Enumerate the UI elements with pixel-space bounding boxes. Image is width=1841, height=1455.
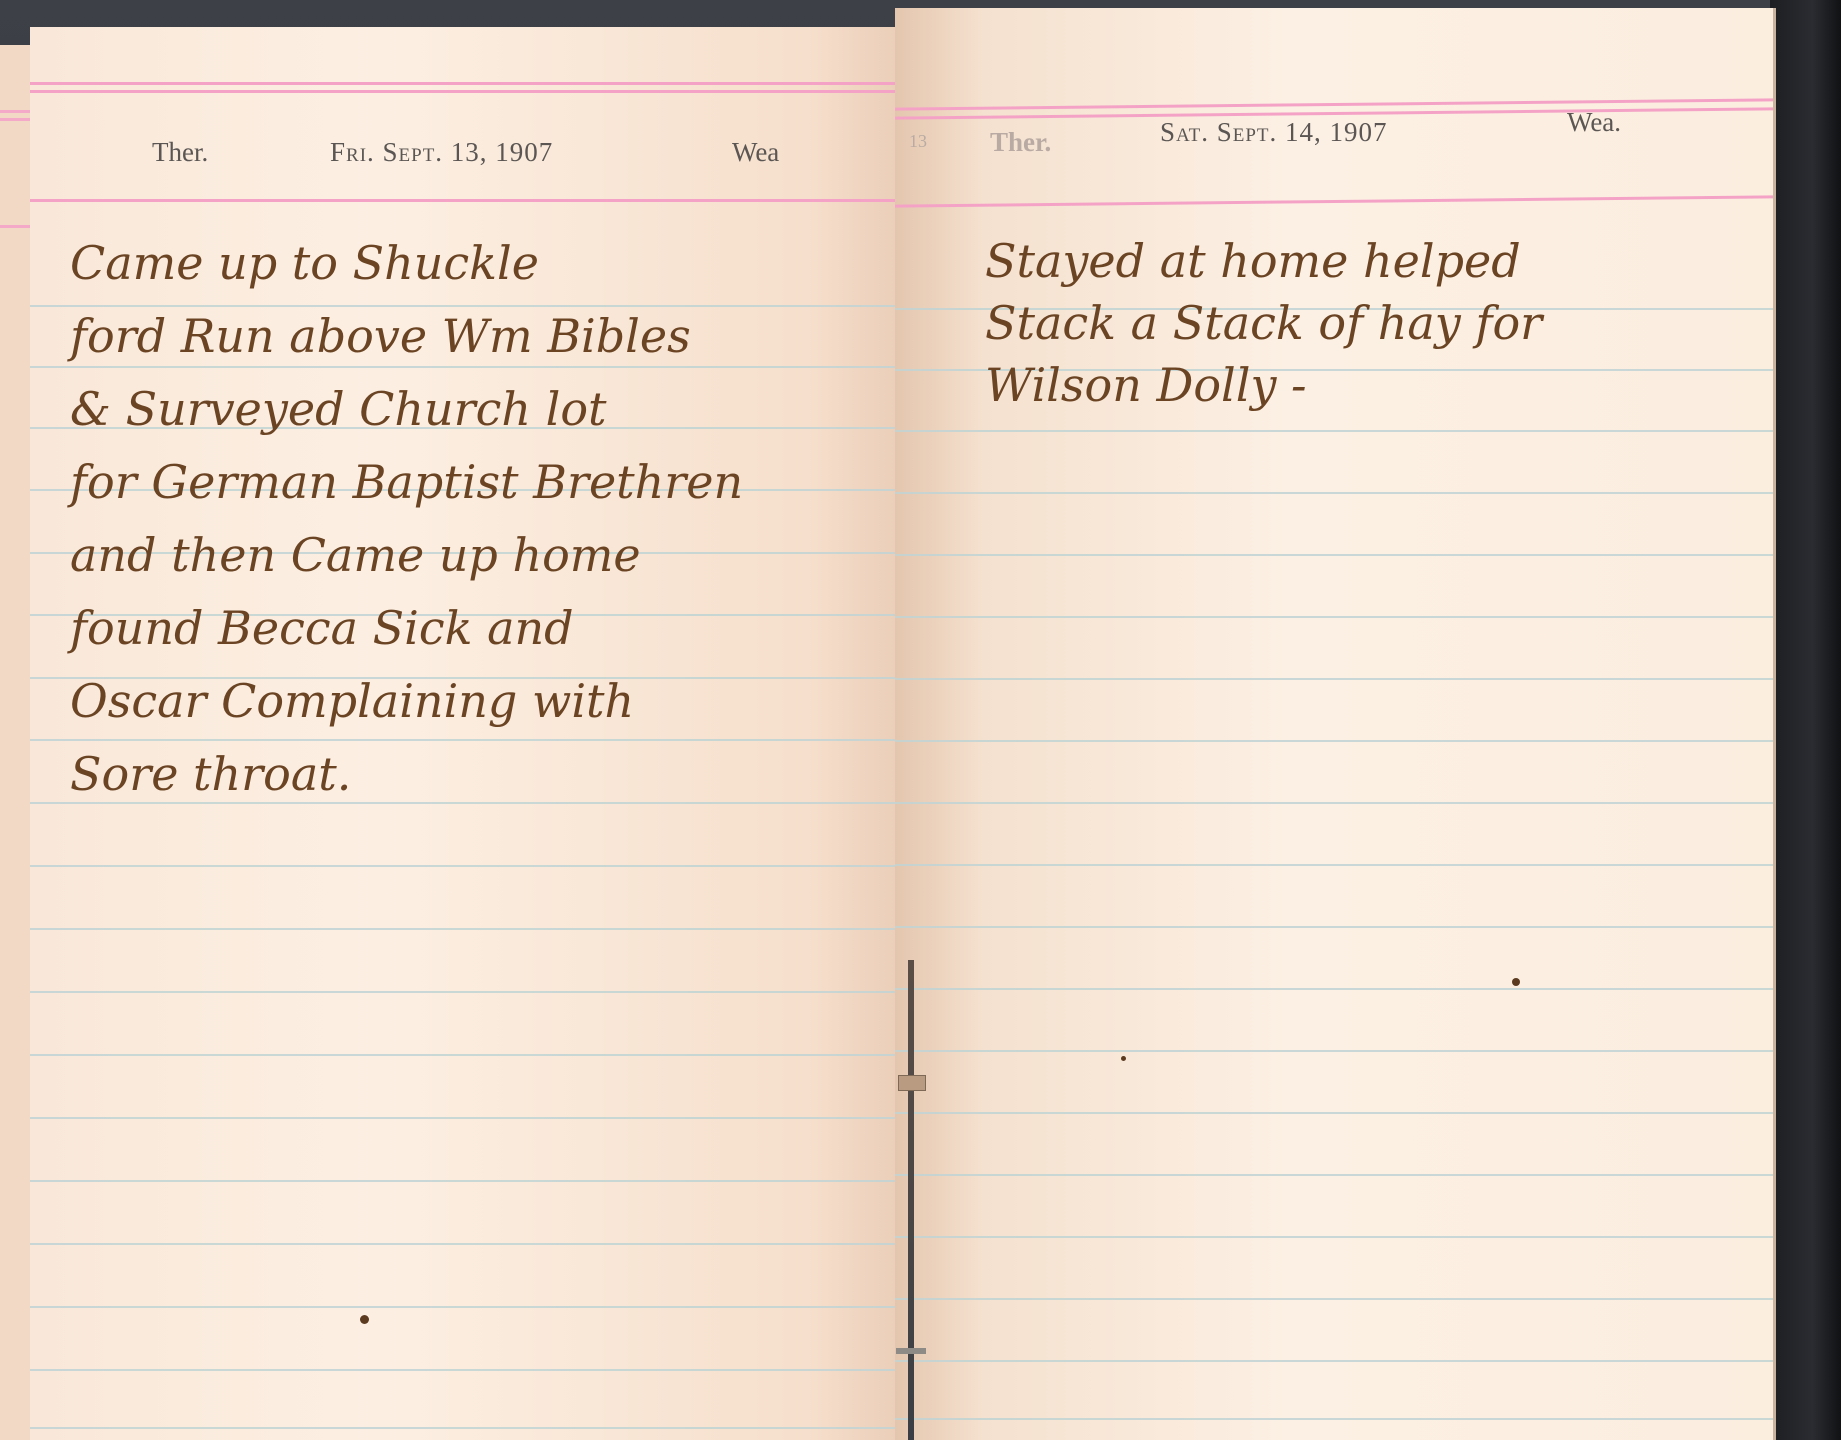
book-spine-binding [908, 960, 914, 1440]
entry-line: Oscar Complaining with [70, 665, 743, 738]
thermometer-label: Ther. [990, 127, 1051, 158]
date-heading: Sat. Sept. 14, 1907 [1160, 117, 1388, 148]
thermometer-label: Ther. [152, 137, 208, 168]
entry-line: and then Came up home [70, 519, 743, 592]
header-rule-bottom [30, 199, 915, 202]
book-cover-edge [1770, 0, 1841, 1440]
entry-line: Sore throat. [70, 738, 743, 811]
binding-stitch [896, 1348, 926, 1354]
header-rule-bottom [895, 195, 1773, 207]
weather-label: Wea. [1567, 107, 1621, 138]
entry-line: ford Run above Wm Bibles [70, 300, 743, 373]
entry-line: Came up to Shuckle [70, 227, 743, 300]
left-diary-page: Ther. Fri. Sept. 13, 1907 Wea Came up to… [30, 27, 915, 1440]
right-diary-page: 13 Ther. Sat. Sept. 14, 1907 Wea. Stayed… [895, 8, 1776, 1440]
entry-line: for German Baptist Brethren [70, 446, 743, 519]
diary-entry-text: Stayed at home helped Stack a Stack of h… [985, 230, 1542, 416]
entry-line: & Surveyed Church lot [70, 373, 743, 446]
header-rule-top-2 [30, 90, 915, 93]
entry-line: found Becca Sick and [70, 592, 743, 665]
ink-spot [1121, 1056, 1126, 1061]
weather-label: Wea [732, 137, 779, 168]
entry-line: Stayed at home helped [985, 230, 1542, 292]
date-heading: Fri. Sept. 13, 1907 [330, 137, 553, 168]
entry-line: Wilson Dolly - [985, 354, 1542, 416]
header-rule-top [30, 82, 915, 85]
ink-spot [1512, 978, 1520, 986]
bleed-through-number: 13 [909, 131, 927, 152]
diary-entry-text: Came up to Shuckle ford Run above Wm Bib… [70, 227, 743, 811]
binding-tape [898, 1075, 926, 1091]
ink-spot [360, 1315, 369, 1324]
entry-line: Stack a Stack of hay for [985, 292, 1542, 354]
